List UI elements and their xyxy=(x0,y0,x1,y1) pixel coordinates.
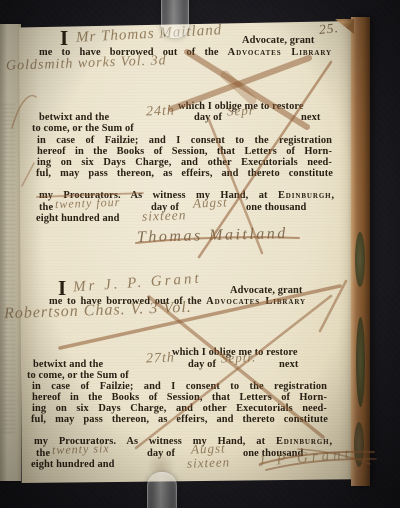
printed-failzie-line-2: hereof in the Books of Session, that Let… xyxy=(37,146,332,157)
bottom-page-clip xyxy=(147,472,177,508)
printed-failzie-line-1: in case of Failzie; and I consent to the… xyxy=(32,381,327,392)
handwritten-witness-day: twenty four xyxy=(55,195,121,212)
page-number: 25. xyxy=(318,20,339,38)
handwritten-year: sixteen xyxy=(187,454,231,471)
printed-sum-line: to come, or the Sum of xyxy=(27,370,129,381)
printed-the-label: the xyxy=(36,448,50,459)
book-fore-edge xyxy=(351,17,370,486)
printed-initial: I xyxy=(60,28,68,48)
top-page-clip xyxy=(161,0,189,38)
printed-initial: I xyxy=(58,278,66,298)
printed-the-label: the xyxy=(39,202,53,213)
printed-day-of-label: day of xyxy=(188,359,216,370)
printed-city: Edinburgh, xyxy=(276,436,333,447)
handwritten-due-month: Septr. xyxy=(221,349,257,366)
printed-next-label: next xyxy=(279,359,298,370)
facing-page-edge xyxy=(0,24,21,481)
printed-failzie-line-4: ful, may pass thereon, as effeirs, and t… xyxy=(36,168,333,179)
photograph-of-ledger-page: 25. I Mr Thomas Maitland Advocate, grant… xyxy=(0,0,400,508)
printed-eight-hundred-label: eight hundred and xyxy=(31,459,115,470)
printed-day-of-label: day of xyxy=(194,112,222,123)
marbled-cover-spot xyxy=(355,232,365,287)
marbled-cover-spot xyxy=(354,422,364,467)
printed-library-name: Advocates Library xyxy=(206,296,306,307)
printed-one-thousand-label: one thousand xyxy=(246,202,306,213)
printed-betwixt-label: betwixt and the xyxy=(33,359,103,370)
printed-failzie-line-3: ing on six Days Charge, and other Execut… xyxy=(37,157,332,168)
marbled-cover-spot xyxy=(356,317,365,407)
printed-library-name: Advocates Library xyxy=(228,47,332,58)
printed-failzie-line-4: ful, may pass thereon, as effeirs, and t… xyxy=(31,414,328,425)
show-through-text xyxy=(2,104,15,434)
handwritten-due-day: 27th xyxy=(146,351,175,368)
printed-next-label: next xyxy=(301,112,320,123)
handwritten-witness-day: twenty six xyxy=(52,441,110,458)
handwritten-due-month: Sepr xyxy=(227,103,255,120)
handwritten-year: sixteen xyxy=(142,207,187,225)
printed-betwixt-label: betwixt and the xyxy=(39,112,109,123)
printed-failzie-line-1: in case of Failzie; and I consent to the… xyxy=(37,135,332,146)
printed-city: Edinburgh, xyxy=(278,190,335,201)
printed-failzie-line-2: hereof in the Books of Session, that Let… xyxy=(32,392,327,403)
handwritten-witness-month: Augst xyxy=(193,194,228,211)
printed-grant-suffix: Advocate, grant xyxy=(242,35,315,46)
printed-sum-line: to come, or the Sum of xyxy=(32,123,134,134)
printed-failzie-line-3: ing on six Days Charge, and other Execut… xyxy=(32,403,327,414)
handwritten-due-day: 24th xyxy=(146,104,175,121)
printed-eight-hundred-label: eight hundred and xyxy=(36,213,120,224)
printed-grant-suffix: Advocate, grant xyxy=(230,285,303,296)
